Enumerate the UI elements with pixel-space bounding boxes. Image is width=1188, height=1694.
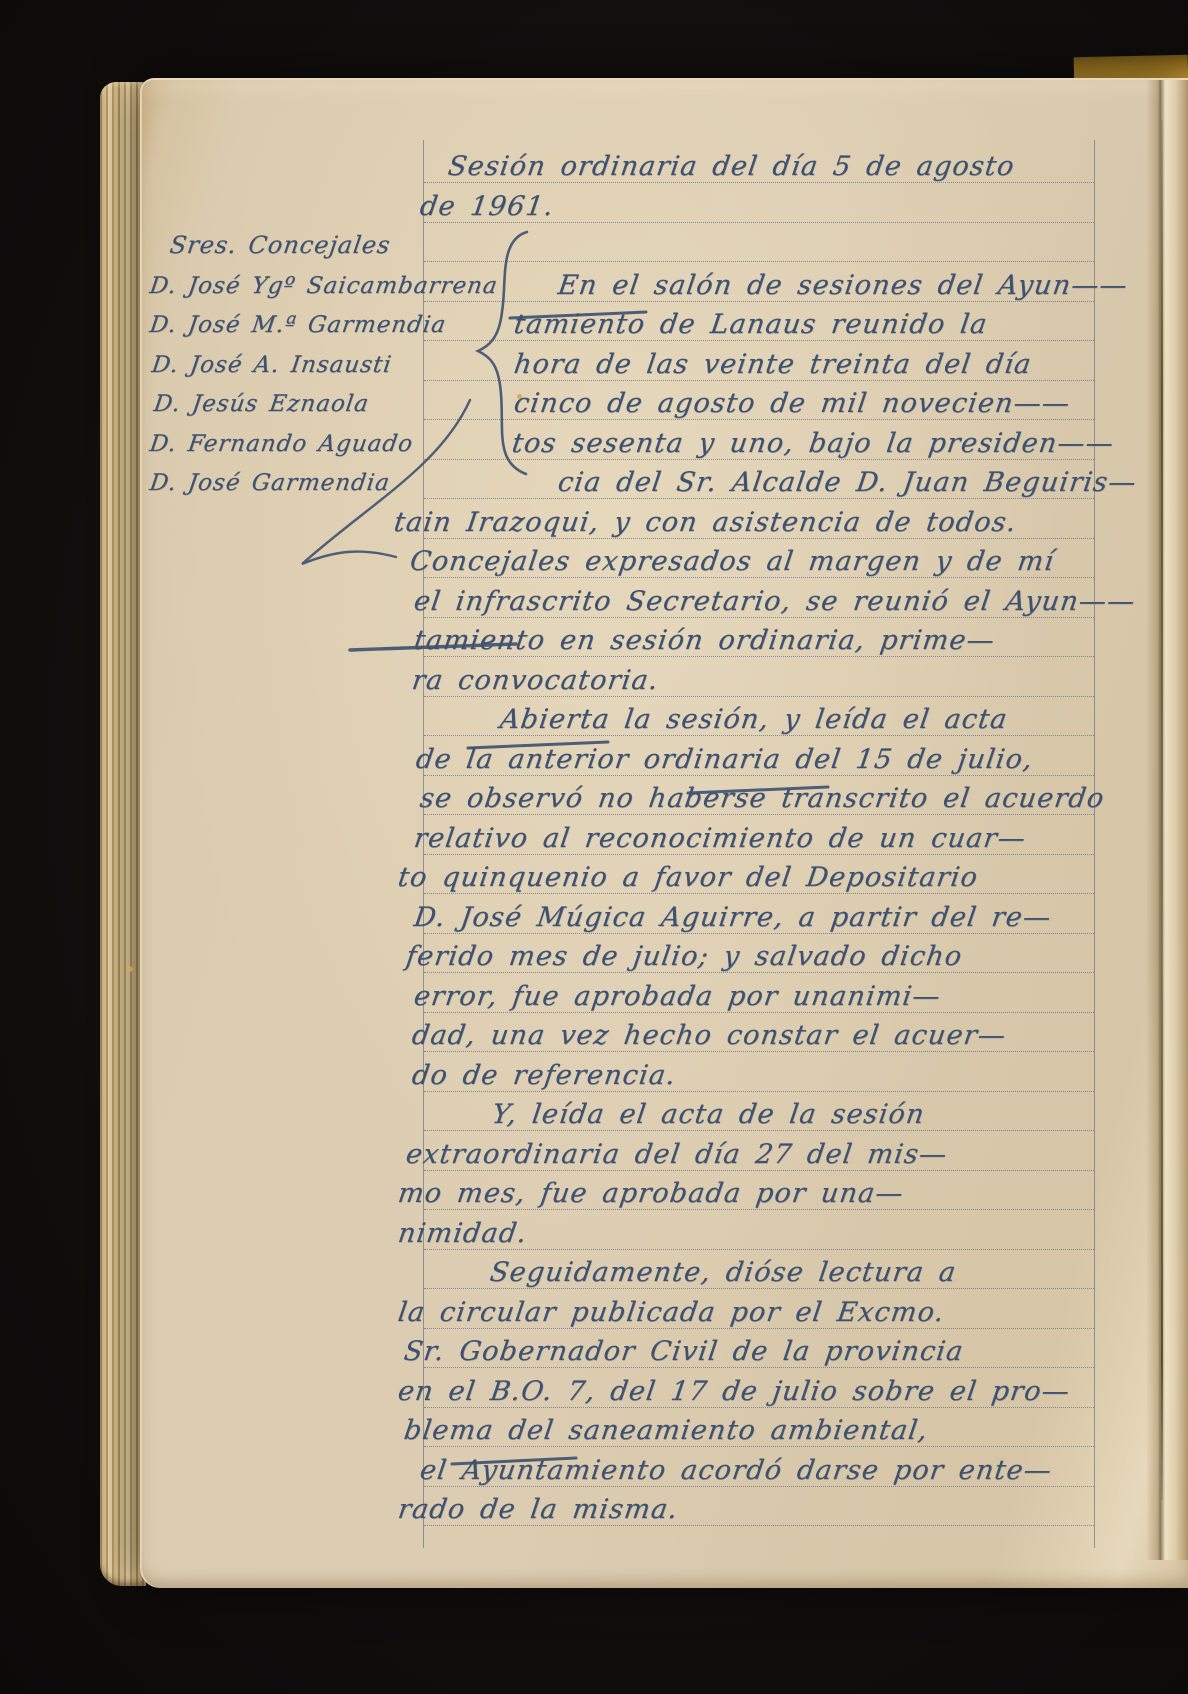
ruled-line	[424, 261, 1094, 262]
ruled-line	[424, 656, 1094, 657]
margin-rule-right	[1094, 140, 1095, 1548]
councillor-name: D. José M.ª Garmendia	[148, 312, 448, 338]
ruled-line	[424, 340, 1094, 341]
page-fold-crease	[1161, 120, 1163, 1500]
ruled-line	[424, 814, 1094, 815]
ruled-line	[424, 1130, 1094, 1131]
handwritten-line: el infrascrito Secretario, se reunió el …	[412, 586, 1138, 617]
ruled-line	[424, 498, 1094, 499]
paper-speck	[517, 394, 522, 399]
handwritten-line: Concejales expresados al margen y de mí	[408, 546, 1056, 577]
handwritten-line: hora de las veinte treinta del día	[512, 349, 1034, 380]
handwritten-line: Seguidamente, dióse lectura a	[488, 1257, 959, 1288]
handwritten-line: mo mes, fue aprobada por una—	[396, 1178, 906, 1209]
ruled-line	[424, 577, 1094, 578]
handwritten-line: en el B.O. 7, del 17 de julio sobre el p…	[396, 1376, 1072, 1407]
ruled-line	[424, 1446, 1094, 1447]
handwritten-line: error, fue aprobada por unanimi—	[412, 981, 943, 1012]
handwritten-line: blema del saneamiento ambiental,	[402, 1415, 930, 1446]
handwritten-line: Sesión ordinaria del día 5 de agosto	[446, 151, 1017, 182]
handwritten-line: D. José Múgica Aguirre, a partir del re—	[412, 902, 1054, 933]
ruled-line	[424, 1209, 1094, 1210]
councillor-name: D. Fernando Aguado	[148, 431, 415, 457]
councillor-name: D. José A. Insausti	[150, 352, 394, 378]
scanned-document-photo: { "photo": { "background_color": "#13111…	[0, 0, 1188, 1694]
handwritten-line: rado de la misma.	[396, 1494, 680, 1525]
ruled-line	[424, 893, 1094, 894]
handwritten-line: ferido mes de julio; y salvado dicho	[404, 941, 965, 972]
ruled-line	[424, 1051, 1094, 1052]
handwritten-line: tain Irazoqui, y con asistencia de todos…	[392, 507, 1019, 538]
handwritten-line: se observó no haberse transcrito el acue…	[418, 783, 1107, 814]
handwritten-line: tamiento de Lanaus reunido la	[512, 309, 990, 340]
handwritten-line: dad, una vez hecho constar el acuer—	[410, 1020, 1008, 1051]
handwritten-line: En el salón de sesiones del Ayun——	[556, 270, 1130, 301]
handwritten-line: tos sesenta y uno, bajo la presiden——	[510, 428, 1116, 459]
handwritten-line: de 1961.	[418, 191, 556, 222]
handwritten-line: extraordinaria del día 27 del mis—	[404, 1139, 950, 1170]
ruled-line	[424, 972, 1094, 973]
handwritten-line: de la anterior ordinaria del 15 de julio…	[414, 744, 1035, 775]
handwritten-line: to quinquenio a favor del Depositario	[396, 862, 980, 893]
ruled-line	[424, 182, 1094, 183]
margin-heading: Sres. Concejales	[168, 231, 392, 259]
councillor-name: D. Jesús Eznaola	[152, 391, 371, 417]
ruled-line	[424, 1288, 1094, 1289]
councillor-name: D. José Ygº Saicambarrena	[148, 273, 500, 299]
handwritten-line: relativo al reconocimiento de un cuar—	[412, 823, 1028, 854]
ruled-line	[424, 735, 1094, 736]
ruled-line	[424, 419, 1094, 420]
handwritten-line: cinco de agosto de mil novecien——	[512, 388, 1072, 419]
handwritten-line: la circular publicada por el Excmo.	[396, 1297, 947, 1328]
page-fold-edge	[1146, 80, 1188, 1560]
handwritten-line: tamiento en sesión ordinaria, prime—	[412, 625, 997, 656]
paper-speck	[126, 966, 133, 972]
book-scan: Sres. Concejales D. José Ygº Saicambarre…	[0, 0, 1188, 1694]
handwritten-line: do de referencia.	[410, 1060, 678, 1091]
councillor-name: D. José Garmendia	[148, 470, 392, 496]
handwritten-line: el Ayuntamiento acordó darse por ente—	[418, 1455, 1054, 1486]
handwritten-line: Abierta la sesión, y leída el acta	[498, 704, 1010, 735]
handwritten-line: ra convocatoria.	[410, 665, 661, 696]
ruled-line	[424, 1525, 1094, 1526]
handwritten-line: Y, leída el acta de la sesión	[490, 1099, 927, 1130]
handwritten-line: Sr. Gobernador Civil de la provincia	[402, 1336, 966, 1367]
ruled-line	[424, 1367, 1094, 1368]
handwritten-line: nimidad.	[396, 1218, 529, 1249]
handwritten-line: cia del Sr. Alcalde D. Juan Beguiris—	[556, 467, 1139, 498]
